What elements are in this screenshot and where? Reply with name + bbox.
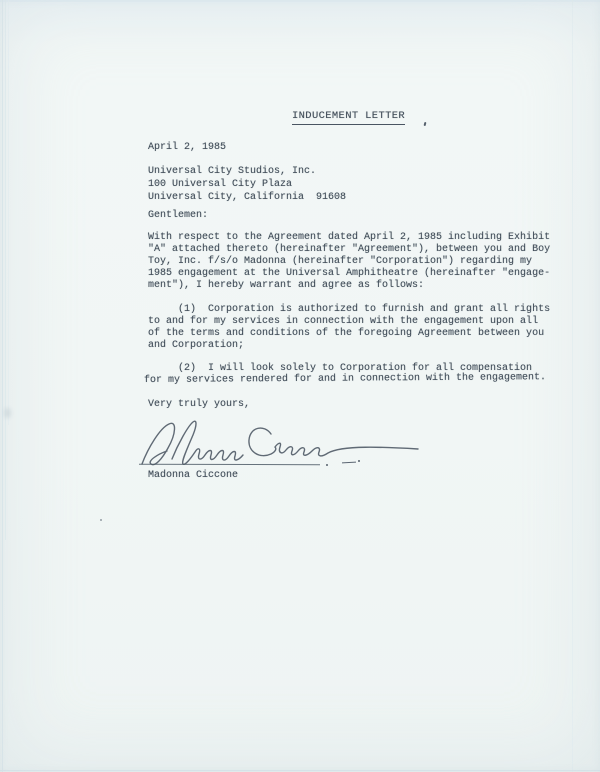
paragraph-clause-1: (1) Corporation is authorized to furnish… — [148, 304, 550, 352]
recipient-line: Universal City, California 91608 — [148, 191, 346, 204]
scan-smudge — [4, 408, 11, 418]
scan-edge-top — [0, 0, 600, 2]
letter-title: INDUCEMENT LETTER — [292, 110, 405, 125]
scan-edge-right — [572, 0, 573, 772]
ink-speck — [326, 464, 328, 466]
scan-edge-left — [8, 0, 9, 425]
body-line: 1985 engagement at the Universal Amphith… — [148, 268, 550, 280]
body-line: to and for my services in connection wit… — [148, 316, 550, 328]
body-line: (1) Corporation is authorized to furnish… — [148, 304, 550, 316]
body-line: With respect to the Agreement dated Apri… — [148, 232, 550, 244]
ink-speck — [424, 122, 427, 126]
recipient-address: Universal City Studios, Inc. 100 Univers… — [148, 165, 346, 204]
body-line: of the terms and conditions of the foreg… — [148, 328, 550, 340]
date-line: April 2, 1985 — [148, 142, 226, 154]
body-line: and Corporation; — [148, 340, 550, 352]
paragraph-intro: With respect to the Agreement dated Apri… — [148, 232, 550, 292]
typed-signature-name: Madonna Ciccone — [148, 470, 238, 482]
salutation: Gentlemen: — [148, 210, 208, 222]
scan-edge-left — [2, 0, 3, 772]
scanned-letter-page: INDUCEMENT LETTER April 2, 1985 Universa… — [0, 0, 600, 772]
scan-edge-top — [0, 3, 600, 4]
body-line: "A" attached thereto (hereinafter "Agree… — [148, 244, 550, 256]
closing: Very truly yours, — [148, 399, 250, 411]
body-line: Toy, Inc. f/s/o Madonna (hereinafter "Co… — [148, 256, 550, 268]
recipient-line: 100 Universal City Plaza — [148, 178, 346, 191]
scan-edge-left — [5, 0, 6, 540]
body-line: for my services rendered for and in conn… — [144, 372, 546, 387]
recipient-line: Universal City Studios, Inc. — [148, 165, 346, 178]
ink-speck — [358, 460, 360, 462]
paragraph-clause-2: (2) I will look solely to Corporation fo… — [148, 363, 546, 387]
ink-speck — [100, 519, 102, 521]
body-line: ment"), I hereby warrant and agree as fo… — [148, 280, 550, 292]
scan-edge-bottom — [0, 770, 600, 771]
